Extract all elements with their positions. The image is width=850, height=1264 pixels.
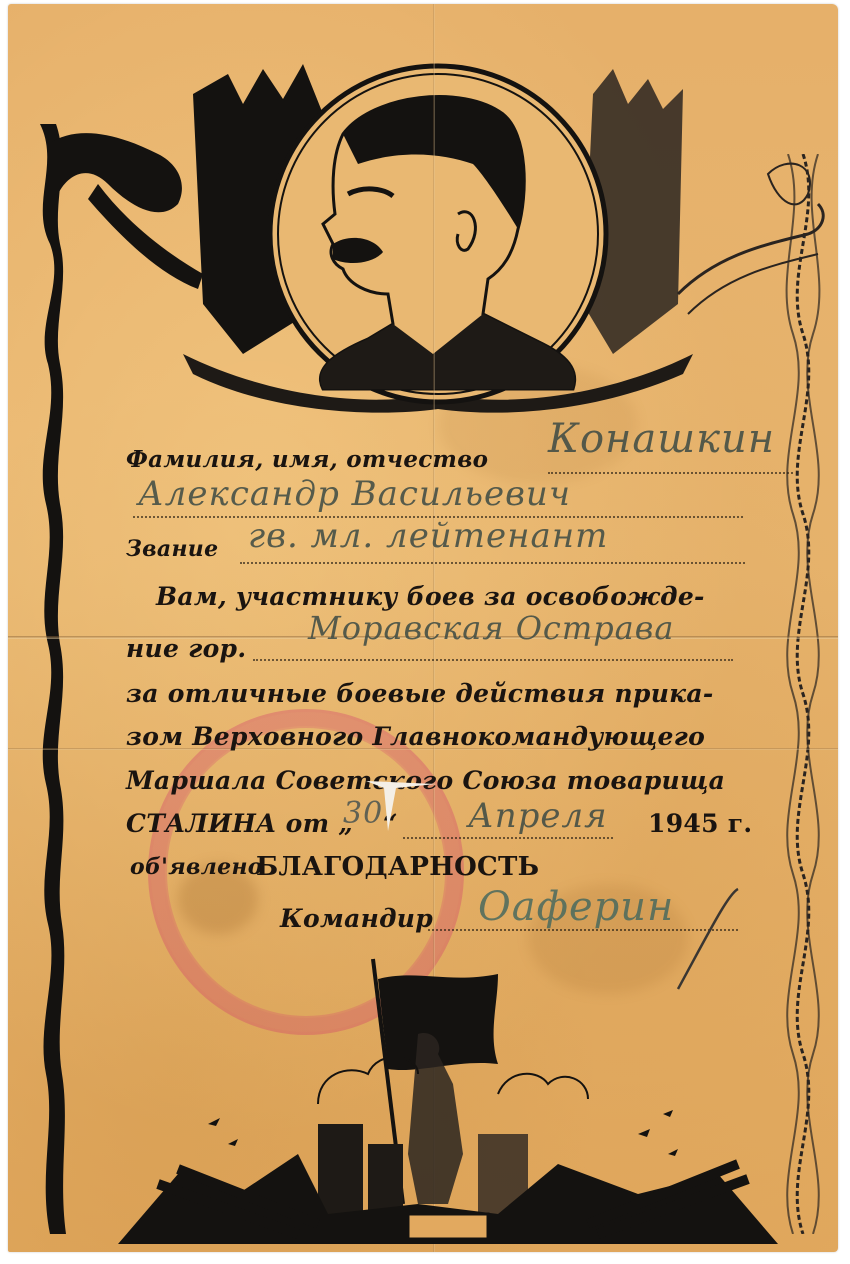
commander-signature: Оаферин: [478, 884, 674, 930]
given-patronymic-handwritten: Александр Васильевич: [138, 474, 571, 514]
fill-line: [253, 659, 733, 661]
rank-handwritten: гв. мл. лейтенант: [248, 516, 608, 556]
fill-line: [403, 837, 613, 839]
body-line-6-prefix: СТАЛИНА от „: [126, 809, 353, 838]
paper-tear: [366, 776, 436, 836]
year-text: 1945 г.: [648, 809, 752, 838]
body-line-2-prefix: ние гор.: [126, 634, 246, 663]
name-label: Фамилия, имя, отчество: [126, 446, 488, 473]
portrait-medallion-illustration: [183, 54, 693, 414]
city-handwritten: Моравская Острава: [308, 609, 674, 647]
surname-handwritten: Конашкин: [548, 416, 775, 462]
rank-label: Звание: [126, 536, 218, 562]
gratitude-heading: БЛАГОДАРНОСТЬ: [256, 852, 539, 882]
certificate-paper: Фамилия, имя, отчество Конашкин Александ…: [8, 4, 838, 1252]
body-line-3: за отличные боевые действия прика-: [126, 679, 714, 708]
body-line-4: зом Верховного Главнокомандующего: [126, 722, 705, 751]
body-line-1: Вам, участнику боев за освобожде-: [156, 582, 705, 611]
commander-label: Командир: [280, 904, 433, 933]
fill-line: [548, 472, 793, 474]
fill-line: [240, 562, 745, 564]
body-line-7-prefix: об'явлено: [130, 854, 263, 880]
soldier-with-flag-illustration: [118, 954, 778, 1254]
month-handwritten: Апреля: [468, 796, 608, 836]
